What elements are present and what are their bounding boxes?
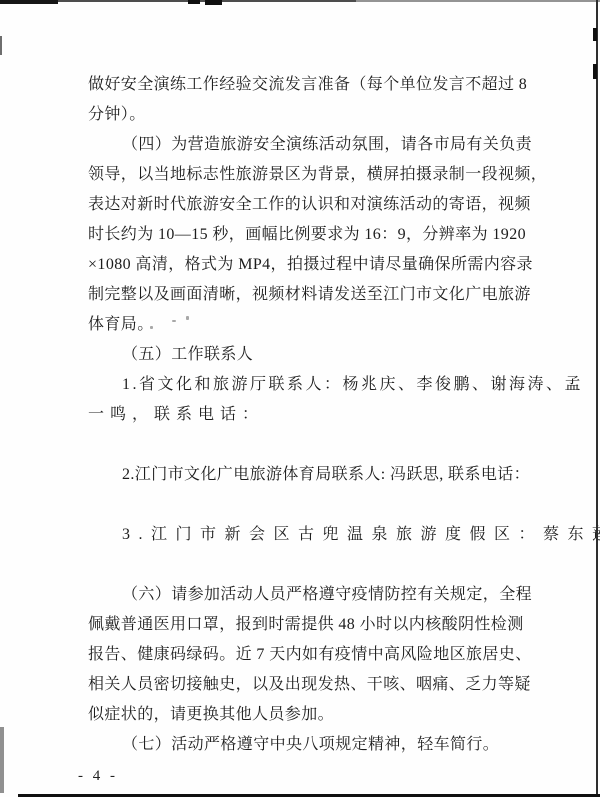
text-line-contact-1: 1.省文化和旅游厅联系人：杨兆庆、李俊鹏、谢海涛、孟 bbox=[88, 370, 516, 400]
scan-smudge bbox=[172, 320, 176, 322]
blank-line bbox=[88, 550, 516, 580]
text-line: 做好安全演练工作经验交流发言准备（每个单位发言不超过 8 bbox=[88, 70, 516, 100]
scan-artifact-left-gray-bar bbox=[0, 727, 4, 793]
scan-artifact-right-dash bbox=[593, 28, 597, 41]
text-line-section-4: （四）为营造旅游安全演练活动氛围，请各市局有关负责 bbox=[88, 130, 516, 160]
text-line-section-7: （七）活动严格遵守中央八项规定精神，轻车简行。 bbox=[88, 730, 516, 760]
text-line: 领导，以当地标志性旅游景区为背景，横屏拍摄录制一段视频， bbox=[88, 160, 516, 190]
text-line: 制完整以及画面清晰，视频材料请发送至江门市文化广电旅游 bbox=[88, 280, 516, 310]
text-line: 表达对新时代旅游安全工作的认识和对演练活动的寄语，视频 bbox=[88, 190, 516, 220]
scan-artifact-right-edge-line bbox=[596, 0, 598, 797]
scan-artifact-top-blob bbox=[188, 0, 200, 4]
scan-artifact-top-line-light bbox=[356, 0, 600, 2]
document-body: 做好安全演练工作经验交流发言准备（每个单位发言不超过 8 分钟）。 （四）为营造… bbox=[88, 70, 516, 760]
text-line: 佩戴普通医用口罩，报到时需提供 48 小时以内核酸阴性检测 bbox=[88, 610, 516, 640]
scan-artifact-top-left-bar bbox=[0, 0, 58, 4]
text-line: ×1080 高清，格式为 MP4，拍摄过程中请尽量确保所需内容录 bbox=[88, 250, 516, 280]
text-line-contact-2: 2.江门市文化广电旅游体育局联系人: 冯跃思, 联系电话： bbox=[88, 460, 516, 490]
page-number: - 4 - bbox=[78, 768, 118, 785]
text-line: 体育局。 bbox=[88, 310, 516, 340]
text-line-contact-3: 3.江门市新会区古兜温泉旅游度假区：蔡东莲， bbox=[88, 520, 516, 550]
text-line-section-6: （六）请参加活动人员严格遵守疫情防控有关规定，全程 bbox=[88, 580, 516, 610]
text-line-contact-1-phone: 一鸣，联系电话： bbox=[88, 400, 516, 430]
text-line: 似症状的，请更换其他人员参加。 bbox=[88, 700, 516, 730]
scan-artifact-left-tick bbox=[0, 36, 2, 55]
blank-line bbox=[88, 490, 516, 520]
blank-line bbox=[88, 430, 516, 460]
scan-artifact-top-blob bbox=[205, 0, 222, 5]
scan-smudge bbox=[186, 316, 189, 320]
scan-artifact-right-dash bbox=[593, 64, 597, 79]
text-line-section-5-heading: （五）工作联系人 bbox=[88, 340, 516, 370]
scan-smudge bbox=[150, 326, 153, 329]
text-line: 时长约为 10—15 秒，画幅比例要求为 16：9，分辨率为 1920 bbox=[88, 220, 516, 250]
scanned-document-page: 做好安全演练工作经验交流发言准备（每个单位发言不超过 8 分钟）。 （四）为营造… bbox=[0, 0, 600, 797]
text-line: 相关人员密切接触史，以及出现发热、干咳、咽痛、乏力等疑 bbox=[88, 670, 516, 700]
text-line: 报告、健康码绿码。近 7 天内如有疫情中高风险地区旅居史、 bbox=[88, 640, 516, 670]
text-line: 分钟）。 bbox=[88, 100, 516, 130]
